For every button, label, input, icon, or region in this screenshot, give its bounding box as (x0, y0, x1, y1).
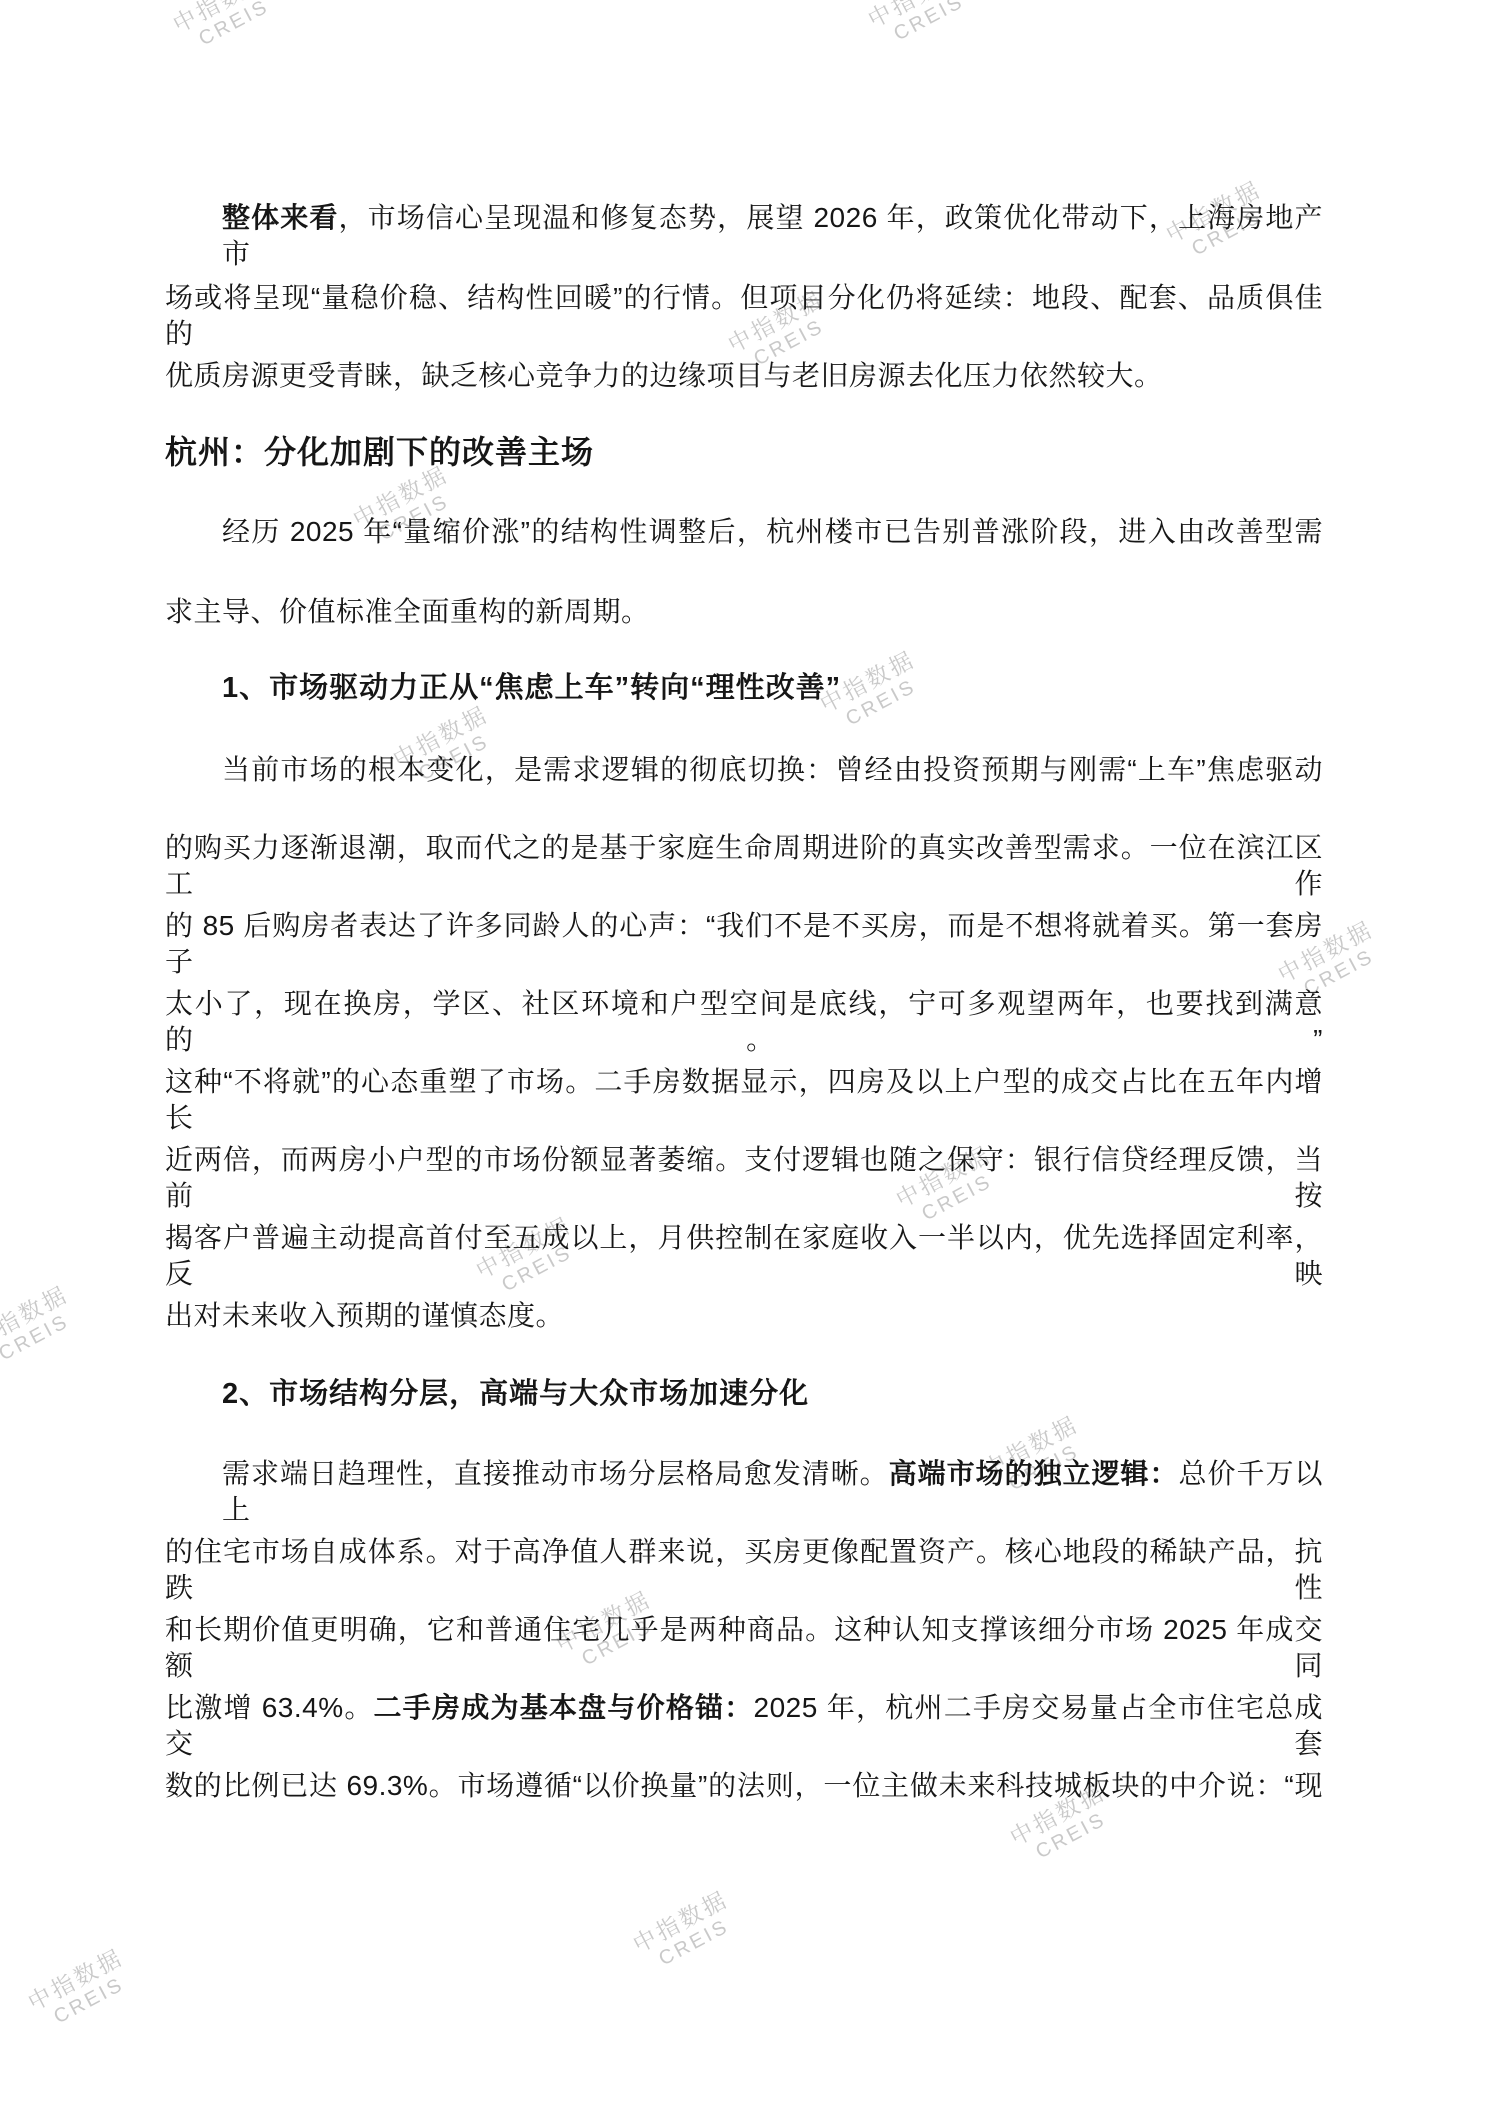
bold-text-segment: 1、市场驱动力正从“焦虑上车”转向“理性改善” (222, 672, 841, 704)
para3-line5: 这种“不将就”的心态重塑了市场。二手房数据显示，四房及以上户型的成交占比在五年内… (165, 1064, 1323, 1136)
text-segment: 经历 2025 年“量缩价涨”的结构性调整后，杭州楼市已告别普涨阶段，进入由改善… (222, 516, 1323, 547)
text-segment: 需求端日趋理性，直接推动市场分层格局愈发清晰。 (222, 1458, 889, 1489)
para3-line7: 揭客户普遍主动提高首付至五成以上，月供控制在家庭收入一半以内，优先选择固定利率，… (165, 1220, 1323, 1292)
text-segment: 优质房源更受青睐，缺乏核心竞争力的边缘项目与老旧房源去化压力依然较大。 (165, 360, 1163, 391)
para3-line2: 的购买力逐渐退潮，取而代之的是基于家庭生命周期进阶的真实改善型需求。一位在滨江区… (165, 830, 1323, 902)
text-segment: 比激增 63.4%。 (165, 1692, 374, 1723)
text-segment: 和长期价值更明确，它和普通住宅几乎是两种商品。这种认知支撑该细分市场 2025 … (165, 1614, 1323, 1681)
text-segment: 数的比例已达 69.3%。市场遵循“以价换量”的法则，一位主做未来科技城板块的中… (165, 1770, 1323, 1801)
bold-text-segment: 整体来看 (222, 202, 339, 233)
bold-text-segment: 2、市场结构分层，高端与大众市场加速分化 (222, 1378, 809, 1410)
creis-watermark: 中指数据CREIS (626, 1881, 744, 1978)
text-segment: 求主导、价值标准全面重构的新周期。 (165, 596, 650, 627)
para2-line1: 经历 2025 年“量缩价涨”的结构性调整后，杭州楼市已告别普涨阶段，进入由改善… (165, 514, 1323, 550)
text-segment: 的购买力逐渐退潮，取而代之的是基于家庭生命周期进阶的真实改善型需求。一位在滨江区… (165, 832, 1323, 899)
subheading-2: 2、市场结构分层，高端与大众市场加速分化 (165, 1376, 1323, 1412)
creis-watermark: 中指数据CREIS (861, 0, 979, 54)
document-page: 中指数据CREIS中指数据CREIS中指数据CREIS中指数据CREIS中指数据… (0, 0, 1488, 2104)
heading-hangzhou: 杭州：分化加剧下的改善主场 (165, 434, 1323, 470)
subheading-1: 1、市场驱动力正从“焦虑上车”转向“理性改善” (165, 670, 1323, 706)
para3-line4: 太小了，现在换房，学区、社区环境和户型空间是底线，宁可多观望两年，也要找到满意的… (165, 986, 1323, 1058)
creis-watermark: 中指数据CREIS (166, 0, 284, 59)
para3-line6: 近两倍，而两房小户型的市场份额显著萎缩。支付逻辑也随之保守：银行信贷经理反馈，当… (165, 1142, 1323, 1214)
text-segment: 当前市场的根本变化，是需求逻辑的彻底切换：曾经由投资预期与刚需“上车”焦虑驱动 (222, 754, 1323, 785)
para4-line5: 数的比例已达 69.3%。市场遵循“以价换量”的法则，一位主做未来科技城板块的中… (165, 1768, 1323, 1804)
para3-line1: 当前市场的根本变化，是需求逻辑的彻底切换：曾经由投资预期与刚需“上车”焦虑驱动 (165, 752, 1323, 788)
creis-watermark: 中指数据CREIS (21, 1939, 139, 2036)
text-segment: 的 85 后购房者表达了许多同龄人的心声：“我们不是不买房，而是不想将就着买。第… (165, 910, 1323, 977)
para4-line1: 需求端日趋理性，直接推动市场分层格局愈发清晰。高端市场的独立逻辑：总价千万以上 (165, 1456, 1323, 1528)
text-segment: 这种“不将就”的心态重塑了市场。二手房数据显示，四房及以上户型的成交占比在五年内… (165, 1066, 1323, 1133)
para1-line3: 优质房源更受青睐，缺乏核心竞争力的边缘项目与老旧房源去化压力依然较大。 (165, 358, 1323, 394)
creis-watermark: 中指数据CREIS (0, 1276, 84, 1373)
para1-line2: 场或将呈现“量稳价稳、结构性回暖”的行情。但项目分化仍将延续：地段、配套、品质俱… (165, 280, 1323, 352)
para1-line1: 整体来看，市场信心呈现温和修复态势，展望 2026 年，政策优化带动下，上海房地… (165, 200, 1323, 272)
text-segment: 出对未来收入预期的谨慎态度。 (165, 1300, 564, 1331)
para3-line8: 出对未来收入预期的谨慎态度。 (165, 1298, 1323, 1334)
text-segment: 揭客户普遍主动提高首付至五成以上，月供控制在家庭收入一半以内，优先选择固定利率，… (165, 1222, 1323, 1289)
text-segment: 太小了，现在换房，学区、社区环境和户型空间是底线，宁可多观望两年，也要找到满意的… (165, 988, 1323, 1055)
bold-text-segment: 高端市场的独立逻辑： (889, 1458, 1179, 1489)
text-segment: 近两倍，而两房小户型的市场份额显著萎缩。支付逻辑也随之保守：银行信贷经理反馈，当… (165, 1144, 1323, 1211)
text-segment: 的住宅市场自成体系。对于高净值人群来说，买房更像配置资产。核心地段的稀缺产品，抗… (165, 1536, 1323, 1603)
para2-line2: 求主导、价值标准全面重构的新周期。 (165, 594, 1323, 630)
para4-line2: 的住宅市场自成体系。对于高净值人群来说，买房更像配置资产。核心地段的稀缺产品，抗… (165, 1534, 1323, 1606)
bold-text-segment: 二手房成为基本盘与价格锚： (374, 1692, 754, 1723)
text-segment: 场或将呈现“量稳价稳、结构性回暖”的行情。但项目分化仍将延续：地段、配套、品质俱… (165, 282, 1323, 349)
para4-line3: 和长期价值更明确，它和普通住宅几乎是两种商品。这种认知支撑该细分市场 2025 … (165, 1612, 1323, 1684)
para3-line3: 的 85 后购房者表达了许多同龄人的心声：“我们不是不买房，而是不想将就着买。第… (165, 908, 1323, 980)
text-segment: ，市场信心呈现温和修复态势，展望 2026 年，政策优化带动下，上海房地产市 (222, 202, 1323, 269)
bold-text-segment: 杭州：分化加剧下的改善主场 (165, 434, 594, 470)
para4-line4: 比激增 63.4%。二手房成为基本盘与价格锚：2025 年，杭州二手房交易量占全… (165, 1690, 1323, 1762)
